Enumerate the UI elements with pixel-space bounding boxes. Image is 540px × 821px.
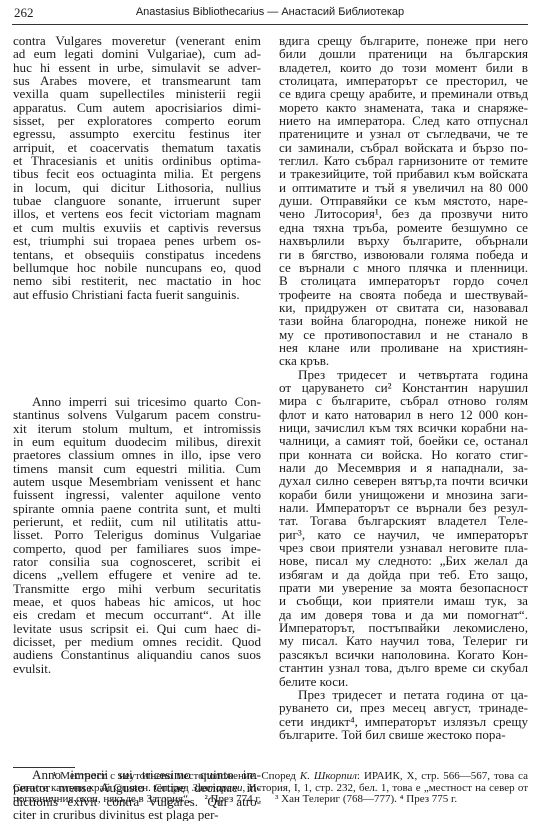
text-line: трофеите на своята победа и шествувай- (279, 288, 528, 301)
latin-paragraph-2: Anno imperri sui tricesimo quarto Con-st… (13, 395, 261, 675)
text-line: tentans, et obsequiis constipatus incede… (13, 248, 261, 261)
footnote-3-marker: ³ (275, 793, 278, 805)
latin-column: contra Vulgares moveretur (venerant enim… (13, 34, 261, 821)
text-line: избягам и да дойда при теб. Ето защо, (279, 568, 528, 581)
text-line: и оптиматите и тъй я увеличил на 80 000 (279, 181, 528, 194)
text-line: sisset, per exploratores comperto eorum (13, 114, 261, 127)
footnote-2-marker: ² (204, 793, 207, 805)
text-line: да им доверя това и да ми помогнат“. (279, 608, 528, 621)
text-line: риг³, като се научил, че императорът (279, 528, 528, 541)
footnotes: ¹ Местност с неуточнено местоположение. … (13, 771, 528, 806)
text-line: et cum multis exuviis et captivis revers… (13, 221, 261, 234)
text-line: нали. Императорът се върнали без резул- (279, 501, 528, 514)
text-line: тази война благородна, понеже никой не (279, 314, 528, 327)
text-line: tibus fecit eos octuaginta milia. Et per… (13, 167, 261, 180)
text-line: stantinus solvens Vulgarum pacem constru… (13, 408, 261, 421)
text-line: стантин узнал това, дълго време си скуба… (279, 661, 528, 674)
text-line: се вдига срещу арабите, и преминали отвъ… (279, 87, 528, 100)
text-line: timens mansit cum equestri militia. Cum (13, 462, 261, 475)
text-line: apparatus. Cum autem apocrisiarios dimi- (13, 101, 261, 114)
text-line: кораби били унищожени и мнозина заги- (279, 488, 528, 501)
text-line: tubae clanguore sonante, irruerunt super (13, 194, 261, 207)
bulgarian-paragraph-2: През тридесет и четвъртата годинаот цару… (279, 368, 528, 688)
text-line: ска кръв. (279, 354, 528, 367)
text-line: тат. Тогава българският владетел Теле- (279, 514, 528, 527)
text-line: столицата, императорът се престорил, че (279, 74, 528, 87)
text-line: му писал. Като научил това, Телериг ги (279, 634, 528, 647)
text-line: пратениците и узнал от съгледвачи, че те (279, 127, 528, 140)
text-line: духал силно северен вятър,та почти всичк… (279, 474, 528, 487)
text-line: est, triumphi sui tropaea penes urbem os… (13, 234, 261, 247)
text-line: и тракезийците, той прибавил към войскат… (279, 167, 528, 180)
text-line: lisset. Porro Telerigus dominus Vulgaria… (13, 528, 261, 541)
text-line: egressu, assumpto exercitu festinus iter (13, 127, 261, 140)
text-line: et Thracesianis et unitis ordinibus opti… (13, 154, 261, 167)
text-line: vexilla quam supellectiles ministerii re… (13, 87, 261, 100)
text-line: чено Литосория¹, без да прозвучи нито (279, 207, 528, 220)
text-line: души. Отправяйки се към мястото, наре- (279, 194, 528, 207)
text-line: нали до Месемврия и я нападнали, за- (279, 461, 528, 474)
text-line: Anno imperri sui tricesimo quarto Con- (13, 395, 261, 408)
footnote-1-text-a: Местност с неуточнено местоположение. Сп… (60, 770, 300, 782)
text-line: spirante omnia paene contrita sunt, et m… (13, 502, 261, 515)
text-line: in locum, qui dicitur Lithosoria, nulliu… (13, 181, 261, 194)
text-line: нове, писал му следното: „Бих желал да (279, 554, 528, 567)
text-line: били дошли пратеници на българския (279, 47, 528, 60)
text-line: ad eum legati domini Vulgariae), cum ad- (13, 47, 261, 60)
text-line: чалници, а самият той, боейки се, остана… (279, 434, 528, 447)
text-line: нея клане или проливане на християн- (279, 341, 528, 354)
footnote-1-author-2: Златарски (192, 782, 242, 794)
bulgarian-column: вдига срещу българите, понеже при негоби… (279, 34, 528, 741)
text-line: praetores classium omnes in illo, ipse v… (13, 448, 261, 461)
text-line: мира с българите, събрал отново голям (279, 394, 528, 407)
footnote-4-text: През 775 г. (406, 793, 457, 805)
text-line: dicisset, per medium omnes recidit. Quod (13, 635, 261, 648)
text-line: прати ми уверение за моята безопасност (279, 581, 528, 594)
text-line: perierunt, et rediit, cum nil utilitatis… (13, 515, 261, 528)
text-line: ки, придружен от свитата си, назовавал (279, 301, 528, 314)
text-line: eis credam et mecum occurrant“. At ille (13, 608, 261, 621)
text-line: levitate usus scripsit ei. Qui cum haec … (13, 622, 261, 635)
text-line: bellumque hoc nobile nuncupans eo, quod (13, 261, 261, 274)
footnote-3-text: Хан Телериг (768—777). (281, 793, 397, 805)
text-line: чрез свои приятели узнавал неговите пла- (279, 541, 528, 554)
text-line: разсякъл всички наполовина. Когато Кон- (279, 648, 528, 661)
text-line: citer in cruribus divinitus est plaga pe… (13, 808, 261, 821)
text-line: флот и като натоварил в него 12 000 кон- (279, 408, 528, 421)
text-line: вдига срещу българите, понеже при него (279, 34, 528, 47)
text-line: huc hi essent in urbe, simulavit se adve… (13, 61, 261, 74)
text-line: нахвърлили върху българите, обърнали (279, 234, 528, 247)
text-line: му се противопоставил и не станало в (279, 328, 528, 341)
footnote-4-marker: ⁴ (400, 793, 404, 805)
text-line: сети индикт⁴, императорът излязъл срещу (279, 715, 528, 728)
text-line: белите коси. (279, 675, 528, 688)
running-header: 262 Anastasius Bibliothecarius — Анастас… (12, 4, 528, 25)
footnote-1-marker: ¹ (53, 770, 56, 782)
text-line: arripuit, et coacervatis thematum taxati… (13, 141, 261, 154)
text-line: руването си, през месец август, тринаде- (279, 701, 528, 714)
footnote-block: ¹ Местност с неуточнено местоположение. … (13, 771, 528, 806)
text-line: comperto, quod per familiares suos impe- (13, 542, 261, 555)
footnote-separator (13, 767, 75, 768)
text-line: nemo sibi restiterit, nec mactatio in ho… (13, 274, 261, 287)
text-line: при конната си войска. Но когато стиг- (279, 448, 528, 461)
latin-paragraph-1: contra Vulgares moveretur (venerant enim… (13, 34, 261, 301)
text-line: През тридесет и петата година от ца- (279, 688, 528, 701)
text-line: illos, et vertens eos fecit victoriam ma… (13, 207, 261, 220)
text-line: sus Arabes movere, et transmearunt tam (13, 74, 261, 87)
text-line: и съобщи, кои приятели имаш тук, за (279, 594, 528, 607)
text-line: Императорът, постъпвайки лекомислено, (279, 621, 528, 634)
text-line: В столицата императорът гордо сочел (279, 274, 528, 287)
text-line: audiens Constantinus aliquandiu canos su… (13, 648, 261, 661)
text-line: rator consilia sua cognosceret, scribit … (13, 555, 261, 568)
bulgarian-paragraph-1: вдига срещу българите, понеже при негоби… (279, 34, 528, 368)
text-line: си заминали, събрал войската и бързо по- (279, 141, 528, 154)
text-line: ници, зачислил към тях всички корабни на… (279, 421, 528, 434)
footnote-2-text: През 774 г. (211, 793, 262, 805)
text-line: meae, et quos habeas hic amicos, ut hoc (13, 595, 261, 608)
text-line: владетел, които до този момент били в (279, 61, 528, 74)
text-line: През тридесет и четвъртата година (279, 368, 528, 381)
text-line: xit iterum stolum multum, et intromissis (13, 422, 261, 435)
text-line: evulsit. (13, 662, 261, 675)
footnote-1-author-1: К. Шкорпил (300, 770, 357, 782)
text-line: dicens „vellem effugere et venire ad te. (13, 568, 261, 581)
text-line: българите. Той бил свише жестоко пора- (279, 728, 528, 741)
text-line: теглил. Като събрал гарнизоните от темит… (279, 154, 528, 167)
text-line: aut effusio Christiani facta fuerit sang… (13, 288, 261, 301)
text-line: Transmitte ergo mihi verbum securitatis (13, 582, 261, 595)
text-line: ги в бягство, извоювали голяма победа и (279, 248, 528, 261)
text-line: се върнали с много плячка и пленници. (279, 261, 528, 274)
text-line: нието на императора. След като отпуснал (279, 114, 528, 127)
text-line: fuissent ingressi, valenter aquilone ven… (13, 488, 261, 501)
text-line: морето както знамената, така и снаряже- (279, 101, 528, 114)
text-line: in eum equitum duodecim milibus, direxit (13, 435, 261, 448)
text-line: от царуването си² Константин нарушил (279, 381, 528, 394)
text-line: contra Vulgares moveretur (venerant enim (13, 34, 261, 47)
bulgarian-paragraph-3: През тридесет и петата година от ца-рува… (279, 688, 528, 741)
running-title: Anastasius Bibliothecarius — Анастасий Б… (12, 6, 528, 18)
text-line: една тяхна тръба, ромеите безшумно се (279, 221, 528, 234)
text-line: autem usque Mesembriam venissent et hanc (13, 475, 261, 488)
